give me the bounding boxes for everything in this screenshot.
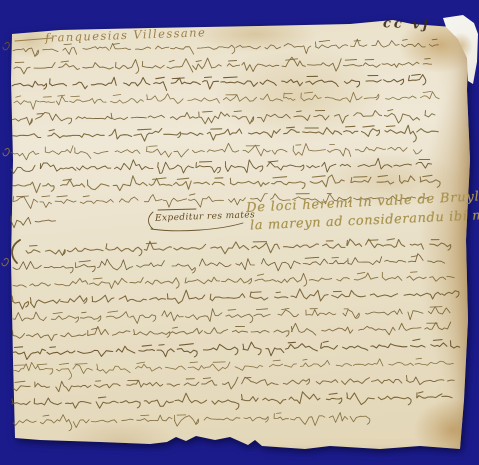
photo-background: franquesias Villessane cc vj Expeditur r… — [0, 0, 479, 465]
parchment-sheet — [0, 0, 479, 465]
parchment-surface — [0, 0, 479, 465]
folio-number: cc vj — [383, 16, 431, 33]
